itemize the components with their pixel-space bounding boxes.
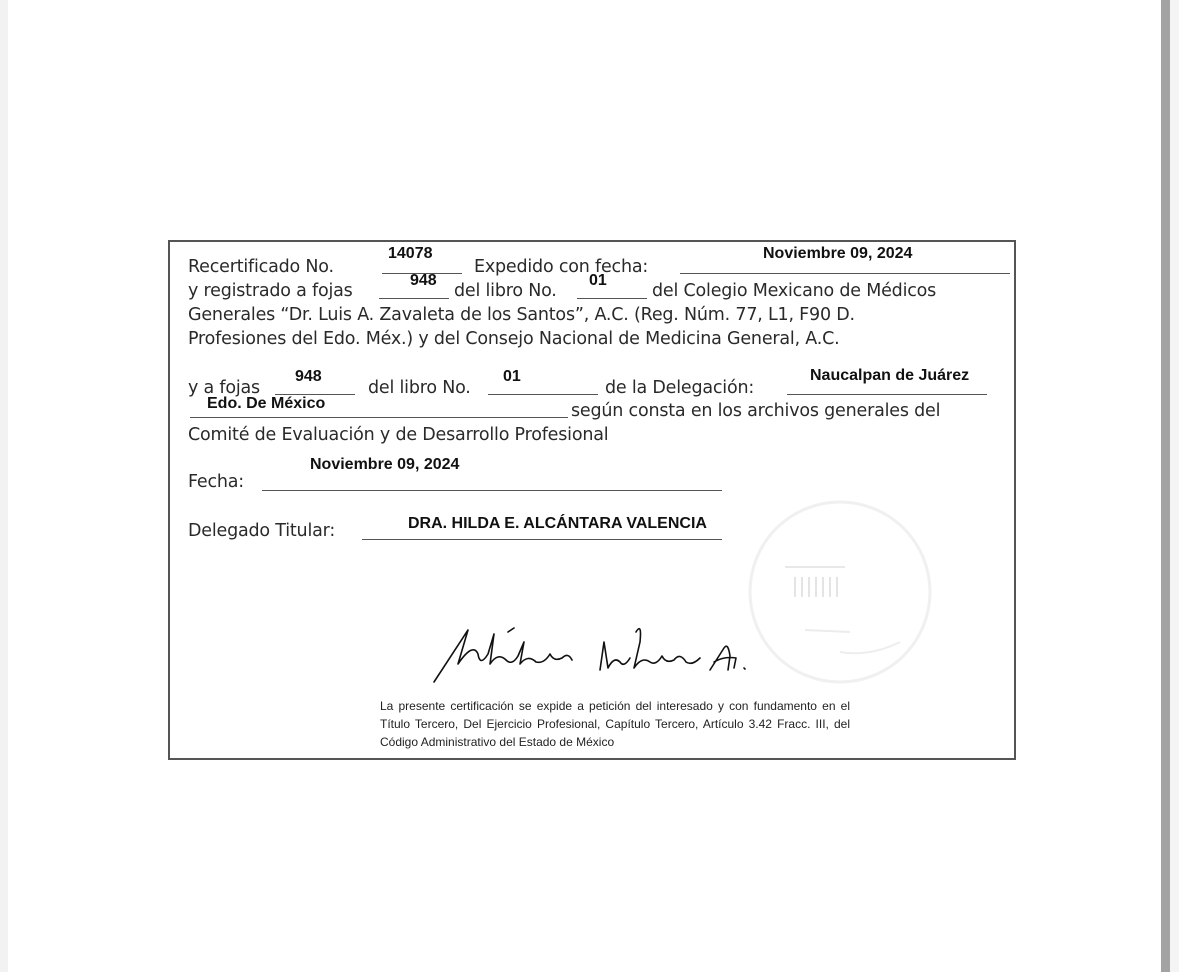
fojas-line	[379, 298, 449, 299]
label-delegado: Delegado Titular:	[188, 521, 335, 541]
label-expedido: Expedido con fecha:	[474, 257, 648, 277]
issue-date-line	[680, 273, 1010, 274]
page-edge-left	[0, 0, 8, 972]
estado-value: Edo. De México	[207, 395, 325, 413]
fojas-number: 948	[410, 272, 437, 290]
page-edge-right	[1170, 0, 1179, 972]
label-registrado: y registrado a fojas	[188, 281, 353, 301]
text-comite: Comité de Evaluación y de Desarrollo Pro…	[188, 425, 608, 445]
delegado-line	[362, 539, 722, 540]
label-delegacion: de la Delegación:	[605, 378, 754, 398]
delegacion-line	[787, 394, 987, 395]
label-libro: del libro No.	[454, 281, 557, 301]
estado-line	[190, 417, 568, 418]
label-libro-2: del libro No.	[368, 378, 471, 398]
libro-line	[577, 298, 647, 299]
fecha-line	[262, 490, 722, 491]
delegado-value: DRA. HILDA E. ALCÁNTARA VALENCIA	[408, 515, 707, 533]
text-segun-consta: según consta en los archivos generales d…	[571, 401, 940, 421]
label-recertificado: Recertificado No.	[188, 257, 334, 277]
text-colegio: del Colegio Mexicano de Médicos	[652, 281, 936, 301]
libro-number: 01	[589, 272, 607, 290]
recertificado-number: 14078	[388, 245, 433, 263]
fojas-number-2: 948	[295, 368, 322, 386]
scrollbar[interactable]	[1161, 0, 1170, 972]
legal-note: La presente certificación se expide a pe…	[380, 697, 850, 751]
text-profesiones: Profesiones del Edo. Méx.) y del Consejo…	[188, 329, 840, 349]
text-generales: Generales “Dr. Luis A. Zavaleta de los S…	[188, 305, 855, 325]
issue-date: Noviembre 09, 2024	[763, 245, 912, 263]
label-fecha: Fecha:	[188, 472, 244, 492]
signature-icon	[428, 612, 768, 692]
certification-box: Recertificado No. 14078 Expedido con fec…	[168, 240, 1016, 760]
delegacion-value: Naucalpan de Juárez	[810, 367, 969, 385]
libro-number-2: 01	[503, 368, 521, 386]
fecha-value: Noviembre 09, 2024	[310, 456, 459, 474]
libro-line-2	[488, 394, 598, 395]
